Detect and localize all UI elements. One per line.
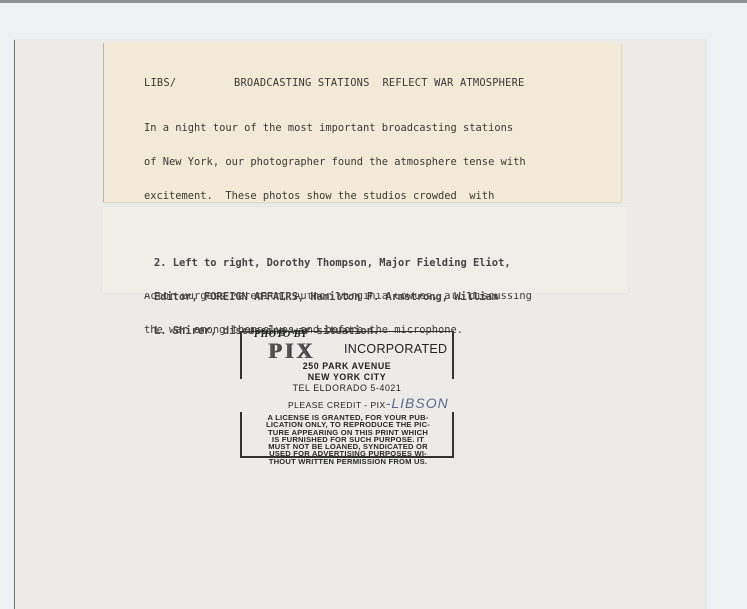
address-street: 250 PARK AVENUE [240,361,454,371]
slug: LIBS/ [144,78,234,89]
caption-line: excitement. These photos show the studio… [144,191,538,202]
caption-line: of New York, our photographer found the … [144,157,538,168]
address-city: NEW YORK CITY [240,372,454,382]
stamp-border [240,412,242,456]
caption-line: In a night tour of the most important br… [144,123,538,134]
license-notice: A LICENSE IS GRANTED, FOR YOUR PUB- LICA… [256,414,440,465]
scanner-edge [0,0,747,3]
agency-stamp: PHOTO BY PIX INCORPORATED 250 PARK AVENU… [240,328,454,458]
caption-line: 2. Left to right, Dorothy Thompson, Majo… [154,258,511,269]
phone-number: TEL ELDORADO 5-4021 [240,383,454,393]
company-name: INCORPORATED [344,342,447,356]
credit-line: PLEASE CREDIT - PIX-LIBSON [288,395,449,411]
caption-line: Editor, FOREIGN AFFAIRS, Hamilton F. Arm… [154,292,511,303]
credit-label: PLEASE CREDIT - PIX [288,400,386,410]
caption-clipping-main: LIBS/BROADCASTING STATIONS REFLECT WAR A… [103,43,621,202]
stamp-border [452,412,454,456]
handwritten-credit: -LIBSON [386,395,449,411]
headline: BROADCASTING STATIONS REFLECT WAR ATMOSP… [234,77,525,89]
license-line: THOUT WRITTEN PERMISSION FROM US. [256,458,440,465]
caption-clipping-photo-2: 2. Left to right, Dorothy Thompson, Majo… [102,207,628,293]
headline-line: LIBS/BROADCASTING STATIONS REFLECT WAR A… [144,78,525,89]
